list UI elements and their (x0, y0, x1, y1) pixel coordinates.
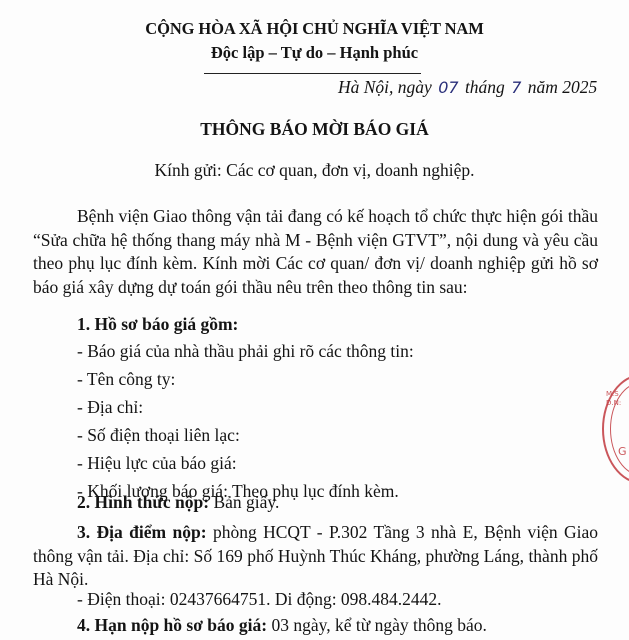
section-2: 2. Hình thức nộp: Bản giấy. (77, 491, 279, 513)
section-1-item: - Báo giá của nhà thầu phải ghi rõ các t… (77, 340, 414, 362)
recipient-line: Kính gửi: Các cơ quan, đơn vị, doanh ngh… (0, 159, 629, 181)
handwritten-day: 07 (436, 78, 460, 97)
section-3-contact: - Điện thoại: 02437664751. Di động: 098.… (77, 588, 442, 610)
national-header: CỘNG HÒA XÃ HỘI CHỦ NGHĨA VIỆT NAM (0, 18, 629, 40)
section-3-label: 3. Địa điểm nộp: (77, 522, 207, 542)
national-motto: Độc lập – Tự do – Hạnh phúc (0, 42, 629, 64)
section-1-item: - Số điện thoại liên lạc: (77, 424, 240, 446)
document-page: CỘNG HÒA XÃ HỘI CHỦ NGHĨA VIỆT NAM Độc l… (0, 0, 629, 640)
section-1-heading: 1. Hồ sơ báo giá gồm: (77, 313, 238, 335)
stamp-text: M.S.D.N: (606, 390, 626, 408)
dateline-year: năm 2025 (523, 77, 597, 97)
section-1-item: - Hiệu lực của báo giá: (77, 452, 237, 474)
document-title: THÔNG BÁO MỜI BÁO GIÁ (0, 118, 629, 140)
dateline-prefix: Hà Nội, ngày (338, 77, 436, 97)
stamp-letter: G (618, 445, 627, 458)
section-1-item: - Địa chỉ: (77, 396, 143, 418)
section-4: 4. Hạn nộp hồ sơ báo giá: 03 ngày, kể từ… (77, 614, 487, 636)
section-1-item: - Tên công ty: (77, 368, 175, 390)
section-4-label: 4. Hạn nộp hồ sơ báo giá: (77, 615, 267, 635)
section-2-label: 2. Hình thức nộp: (77, 492, 209, 512)
handwritten-month: 7 (509, 78, 523, 97)
section-4-value: 03 ngày, kể từ ngày thông báo. (267, 615, 487, 635)
motto-underline (204, 73, 421, 74)
intro-paragraph: Bệnh viện Giao thông vận tải đang có kế … (33, 205, 598, 299)
dateline: Hà Nội, ngày 07 tháng 7 năm 2025 (338, 76, 597, 99)
dateline-month-label: tháng (461, 77, 510, 97)
section-3: 3. Địa điểm nộp: phòng HCQT - P.302 Tầng… (33, 521, 598, 592)
section-2-value: Bản giấy. (209, 492, 279, 512)
